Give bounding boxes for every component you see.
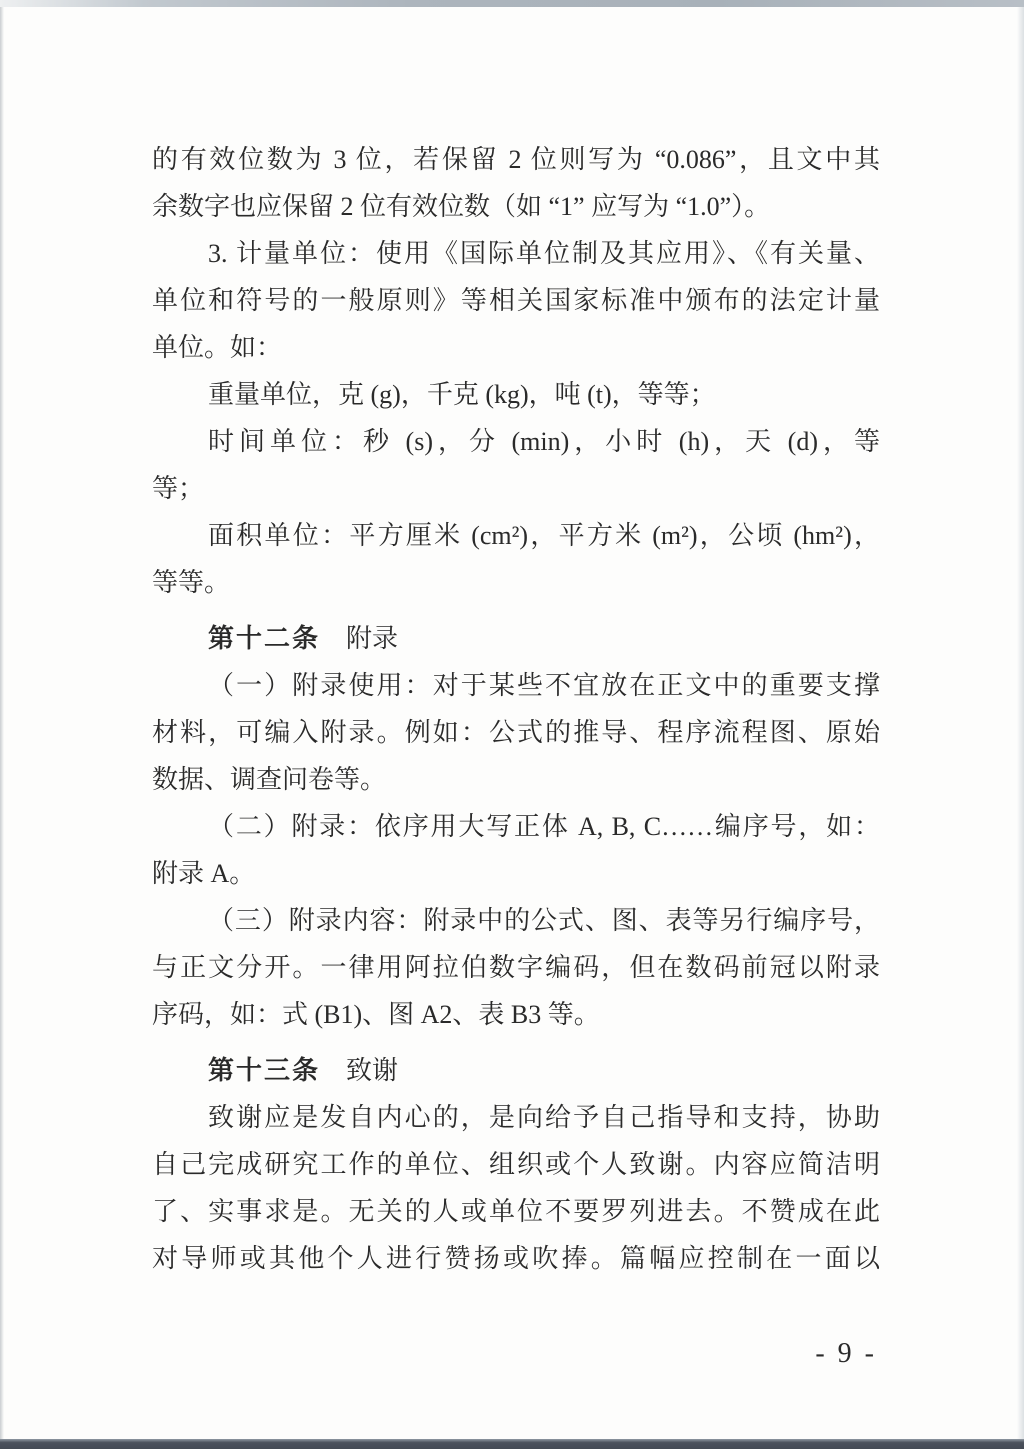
text-line: 面积单位：平方厘米 (cm²)，平方米 (m²)，公顷 (hm²)， [152, 512, 880, 559]
document-body: 的有效位数为 3 位，若保留 2 位则写为 “0.086”，且文中其余数字也应保… [152, 136, 880, 1282]
text-line: 附录 A。 [152, 850, 880, 897]
text-segment: （一）附录使用：对于某些不宜放在正文中的重要支撑 [208, 671, 880, 700]
text-line: 了、实事求是。无关的人或单位不要罗列进去。不赞成在此 [152, 1188, 880, 1235]
scan-artifact-right-edge [1017, 7, 1024, 1439]
text-segment: 等； [152, 474, 204, 503]
text-line: 等； [152, 465, 880, 512]
article-number: 第十二条 [208, 623, 320, 653]
text-segment: 附录 A。 [152, 859, 255, 888]
scan-artifact-top-edge [0, 0, 1024, 7]
text-line: 单位。如： [152, 324, 880, 371]
text-segment: 面积单位：平方厘米 (cm²)，平方米 (m²)，公顷 (hm²)， [208, 521, 880, 550]
text-line: 材料，可编入附录。例如：公式的推导、程序流程图、原始 [152, 709, 880, 756]
text-segment: 附录 [320, 624, 398, 653]
text-line: 对导师或其他个人进行赞扬或吹捧。篇幅应控制在一面以 [152, 1235, 880, 1282]
text-segment: 时间单位：秒 (s)，分 (min)，小时 (h)，天 (d)，等 [208, 427, 880, 456]
text-segment: 3. 计量单位：使用《国际单位制及其应用》、《有关量、 [208, 239, 880, 268]
text-line: 重量单位，克 (g)，千克 (kg)，吨 (t)，等等； [152, 371, 880, 418]
text-line: 的有效位数为 3 位，若保留 2 位则写为 “0.086”，且文中其 [152, 136, 880, 183]
text-segment: 的有效位数为 3 位，若保留 2 位则写为 “0.086”，且文中其 [152, 145, 880, 174]
text-segment: 序码，如：式 (B1)、图 A2、表 B3 等。 [152, 1000, 600, 1029]
text-segment: 自己完成研究工作的单位、组织或个人致谢。内容应简洁明 [152, 1150, 880, 1179]
text-segment: 对导师或其他个人进行赞扬或吹捧。篇幅应控制在一面以 [152, 1244, 880, 1273]
text-segment: 致谢 [320, 1056, 398, 1085]
text-line: （一）附录使用：对于某些不宜放在正文中的重要支撑 [152, 662, 880, 709]
text-line: 序码，如：式 (B1)、图 A2、表 B3 等。 [152, 991, 880, 1038]
text-line: 等等。 [152, 559, 880, 606]
article-heading-line: 第十三条 致谢 [152, 1047, 880, 1094]
text-segment: 重量单位，克 (g)，千克 (kg)，吨 (t)，等等； [208, 380, 716, 409]
text-segment: 单位和符号的一般原则》等相关国家标准中颁布的法定计量 [152, 286, 880, 315]
scanned-document-page: { "page": { "kind": "scanned regulation … [0, 0, 1024, 1449]
text-line: 致谢应是发自内心的，是向给予自己指导和支持，协助 [152, 1094, 880, 1141]
text-line: 单位和符号的一般原则》等相关国家标准中颁布的法定计量 [152, 277, 880, 324]
page-number: - 9 - [815, 1338, 877, 1370]
text-line: 与正文分开。一律用阿拉伯数字编码，但在数码前冠以附录 [152, 944, 880, 991]
text-segment: （二）附录：依序用大写正体 A, B, C……编序号，如： [208, 812, 880, 841]
text-segment: 单位。如： [152, 333, 282, 362]
text-line: （二）附录：依序用大写正体 A, B, C……编序号，如： [152, 803, 880, 850]
text-segment: 与正文分开。一律用阿拉伯数字编码，但在数码前冠以附录 [152, 953, 880, 982]
text-segment: 致谢应是发自内心的，是向给予自己指导和支持，协助 [208, 1103, 880, 1132]
text-line: 3. 计量单位：使用《国际单位制及其应用》、《有关量、 [152, 230, 880, 277]
text-line: 时间单位：秒 (s)，分 (min)，小时 (h)，天 (d)，等 [152, 418, 880, 465]
text-line: 余数字也应保留 2 位有效位数（如 “1” 应写为 “1.0”）。 [152, 183, 880, 230]
text-line: 数据、调查问卷等。 [152, 756, 880, 803]
article-heading-line: 第十二条 附录 [152, 615, 880, 662]
text-segment: 了、实事求是。无关的人或单位不要罗列进去。不赞成在此 [152, 1197, 880, 1226]
text-line: （三）附录内容：附录中的公式、图、表等另行编序号， [152, 897, 880, 944]
scan-artifact-left-edge [0, 7, 4, 1439]
text-segment: 数据、调查问卷等。 [152, 765, 386, 794]
text-segment: 等等。 [152, 568, 230, 597]
article-number: 第十三条 [208, 1055, 320, 1085]
text-segment: 材料，可编入附录。例如：公式的推导、程序流程图、原始 [152, 718, 880, 747]
text-segment: 余数字也应保留 2 位有效位数（如 “1” 应写为 “1.0”）。 [152, 192, 770, 221]
text-line: 自己完成研究工作的单位、组织或个人致谢。内容应简洁明 [152, 1141, 880, 1188]
scan-artifact-bottom-edge [0, 1439, 1024, 1449]
text-segment: （三）附录内容：附录中的公式、图、表等另行编序号， [208, 906, 880, 935]
